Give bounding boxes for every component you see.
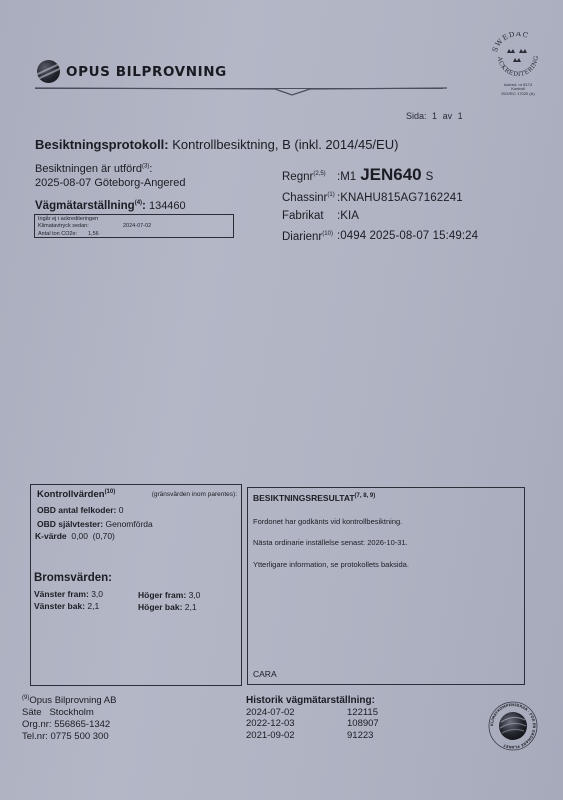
climate-note: Ingår ej i ackrediteringen	[38, 216, 230, 223]
inspector-signature: CARA	[253, 669, 277, 679]
climate-row: Antal ton CO2e:1,56	[38, 231, 230, 238]
climate-footprint-box: Ingår ej i ackrediteringen Klimatavtryck…	[34, 214, 234, 238]
brake-left-front: Vänster fram: 3,0	[34, 589, 103, 599]
vehicle-info: Regnr(2,5) :M1 JEN640 S Chassinr(1) :KNA…	[282, 165, 478, 245]
history-row: 2021-09-0291223	[246, 730, 379, 742]
svg-text:ACKREDITERING: ACKREDITERING	[496, 55, 540, 78]
climate-compensation-badge-icon: KLIMATKOMPENSERAR · FÖR EN GRÖNARE PLANE…	[487, 700, 539, 752]
odometer-history: Historik vägmätarställning: 2024-07-0212…	[246, 695, 379, 741]
result-line-next-inspection: Nästa ordinarie inställelse senast: 2026…	[253, 538, 408, 547]
control-values-box: Kontrollvärden(10) (gränsvärden inom par…	[30, 484, 242, 686]
org-number: Org.nr: 556865-1342	[22, 719, 116, 731]
protocol-title: Besiktningsprotokoll: Kontrollbesiktning…	[35, 137, 398, 152]
vehicle-make: KIA	[340, 207, 359, 225]
inspection-result-box: BESIKTNINGSRESULTAT(7, 8, 9) Fordonet ha…	[247, 487, 525, 685]
regnr-row: Regnr(2,5) :M1 JEN640 S	[282, 165, 478, 186]
chassis-row: Chassinr(1) :KNAHU815AG7162241	[282, 186, 478, 207]
brake-left-rear: Vänster bak: 2,1	[34, 601, 99, 611]
page-total: 1	[458, 111, 463, 121]
result-line-approved: Fordonet har godkänts vid kontrollbesikt…	[253, 517, 402, 526]
diary-row: Diarienr(10) :0494 2025-08-07 15:49:24	[282, 225, 478, 246]
performed-value: 2025-08-07 Göteborg-Angered	[35, 177, 185, 189]
globe-logo-icon	[37, 60, 60, 83]
obd-selftest: OBD självtester: Genomförda	[37, 519, 153, 529]
brake-values-heading: Bromsvärden:	[34, 572, 112, 584]
brand-name: OPUS BILPROVNING	[66, 64, 227, 80]
climate-row: Klimatavtryck sedan:2024-07-02	[38, 223, 230, 230]
brake-right-front: Höger fram: 3,0	[138, 590, 200, 600]
control-values-heading: Kontrollvärden(10)	[37, 489, 115, 500]
svg-text:SWEDAC: SWEDAC	[491, 32, 530, 53]
phone-number: Tel.nr: 0775 500 300	[22, 731, 116, 743]
page-current: 1	[432, 111, 437, 121]
limits-note: (gränsvärden inom parentes):	[152, 491, 237, 498]
history-row: 2024-07-02122115	[246, 707, 379, 719]
seal-line-3: ISO/IEC 17020 (A)	[488, 92, 548, 96]
company-name: Opus Bilprovning AB	[29, 695, 116, 706]
odometer-value: 134460	[149, 200, 186, 212]
company-info: (9)Opus Bilprovning AB Säte Stockholm Or…	[22, 692, 116, 743]
header-divider	[35, 86, 447, 98]
result-line-more-info: Ytterligare information, se protokollets…	[253, 560, 409, 569]
swedac-accreditation-seal: SWEDAC ACKREDITERING Ackred. nr 8174 Kon…	[488, 32, 548, 96]
chassis-number: KNAHU815AG7162241	[340, 189, 463, 207]
k-value: K-värde 0,00 (0,70)	[35, 531, 115, 541]
diary-number: 0494 2025-08-07 15:49:24	[340, 227, 478, 245]
opus-logo: OPUS BILPROVNING	[37, 60, 227, 83]
obd-faults: OBD antal felkoder: 0	[37, 505, 123, 515]
page-indicator: Sida: 1 av 1	[406, 111, 463, 121]
crown-seal-icon: SWEDAC ACKREDITERING	[488, 32, 548, 78]
make-row: Fabrikat :KIA	[282, 207, 478, 225]
performed-label: Besiktningen är utförd(3):	[35, 163, 152, 175]
registration-number: JEN640	[360, 166, 421, 184]
brake-right-rear: Höger bak: 2,1	[138, 602, 197, 612]
history-row: 2022-12-03108907	[246, 718, 379, 730]
result-heading: BESIKTNINGSRESULTAT(7, 8, 9)	[253, 493, 375, 503]
history-heading: Historik vägmätarställning:	[246, 695, 379, 707]
odometer-reading: Vägmätarställning(4): 134460	[35, 200, 186, 212]
